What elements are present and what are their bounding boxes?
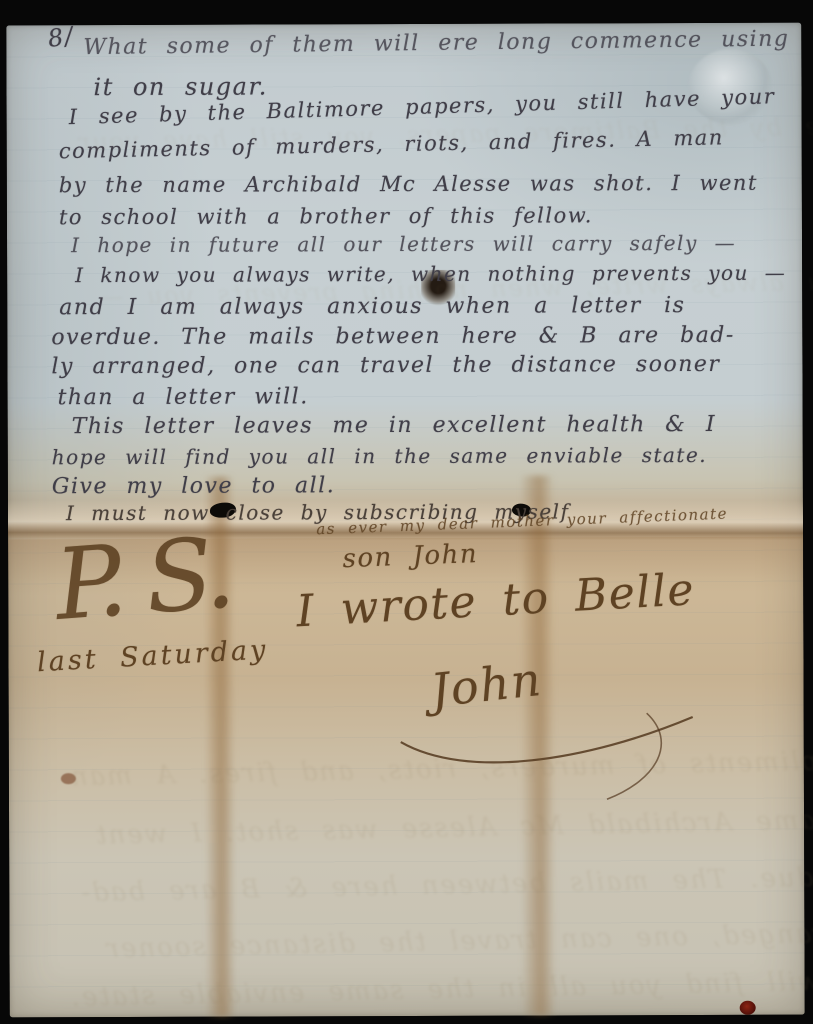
handwriting-line: This letter leaves me in excellent healt… xyxy=(72,414,716,438)
showthrough-text: hope will find you all in the same envia… xyxy=(69,965,813,1013)
handwriting-line: Give my love to all. xyxy=(52,475,335,498)
wax-seal-dot xyxy=(740,1001,756,1015)
handwriting-line: to school with a brother of this fellow. xyxy=(59,205,593,228)
handwriting-line: than a letter will. xyxy=(58,386,309,409)
scanned-letter-photo: 8/ What some of them will ere long comme… xyxy=(0,0,813,1024)
handwriting-line: I hope in future all our letters will ca… xyxy=(71,233,736,255)
page-number: 8/ xyxy=(46,23,76,51)
showthrough-text: by the name Archibald Mc Alesse was shot… xyxy=(94,802,813,850)
handwriting-line: overdue. The mails between here & B are … xyxy=(51,325,735,349)
handwriting-line: hope will find you all in the same envia… xyxy=(52,445,707,467)
handwriting-line: ly arranged, one can travel the distance… xyxy=(51,354,720,378)
handwriting-line: it on sugar. xyxy=(93,74,267,99)
closing-line: son John xyxy=(342,541,478,572)
ps-initials: P. S. xyxy=(52,525,232,635)
letter-page: 8/ What some of them will ere long comme… xyxy=(6,23,804,1018)
handwriting-line: What some of them will ere long commence… xyxy=(83,28,789,59)
handwriting-line: by the name Archibald Mc Alesse was shot… xyxy=(59,173,758,196)
showthrough-text: overdue. The mails between here & B are … xyxy=(79,861,813,908)
